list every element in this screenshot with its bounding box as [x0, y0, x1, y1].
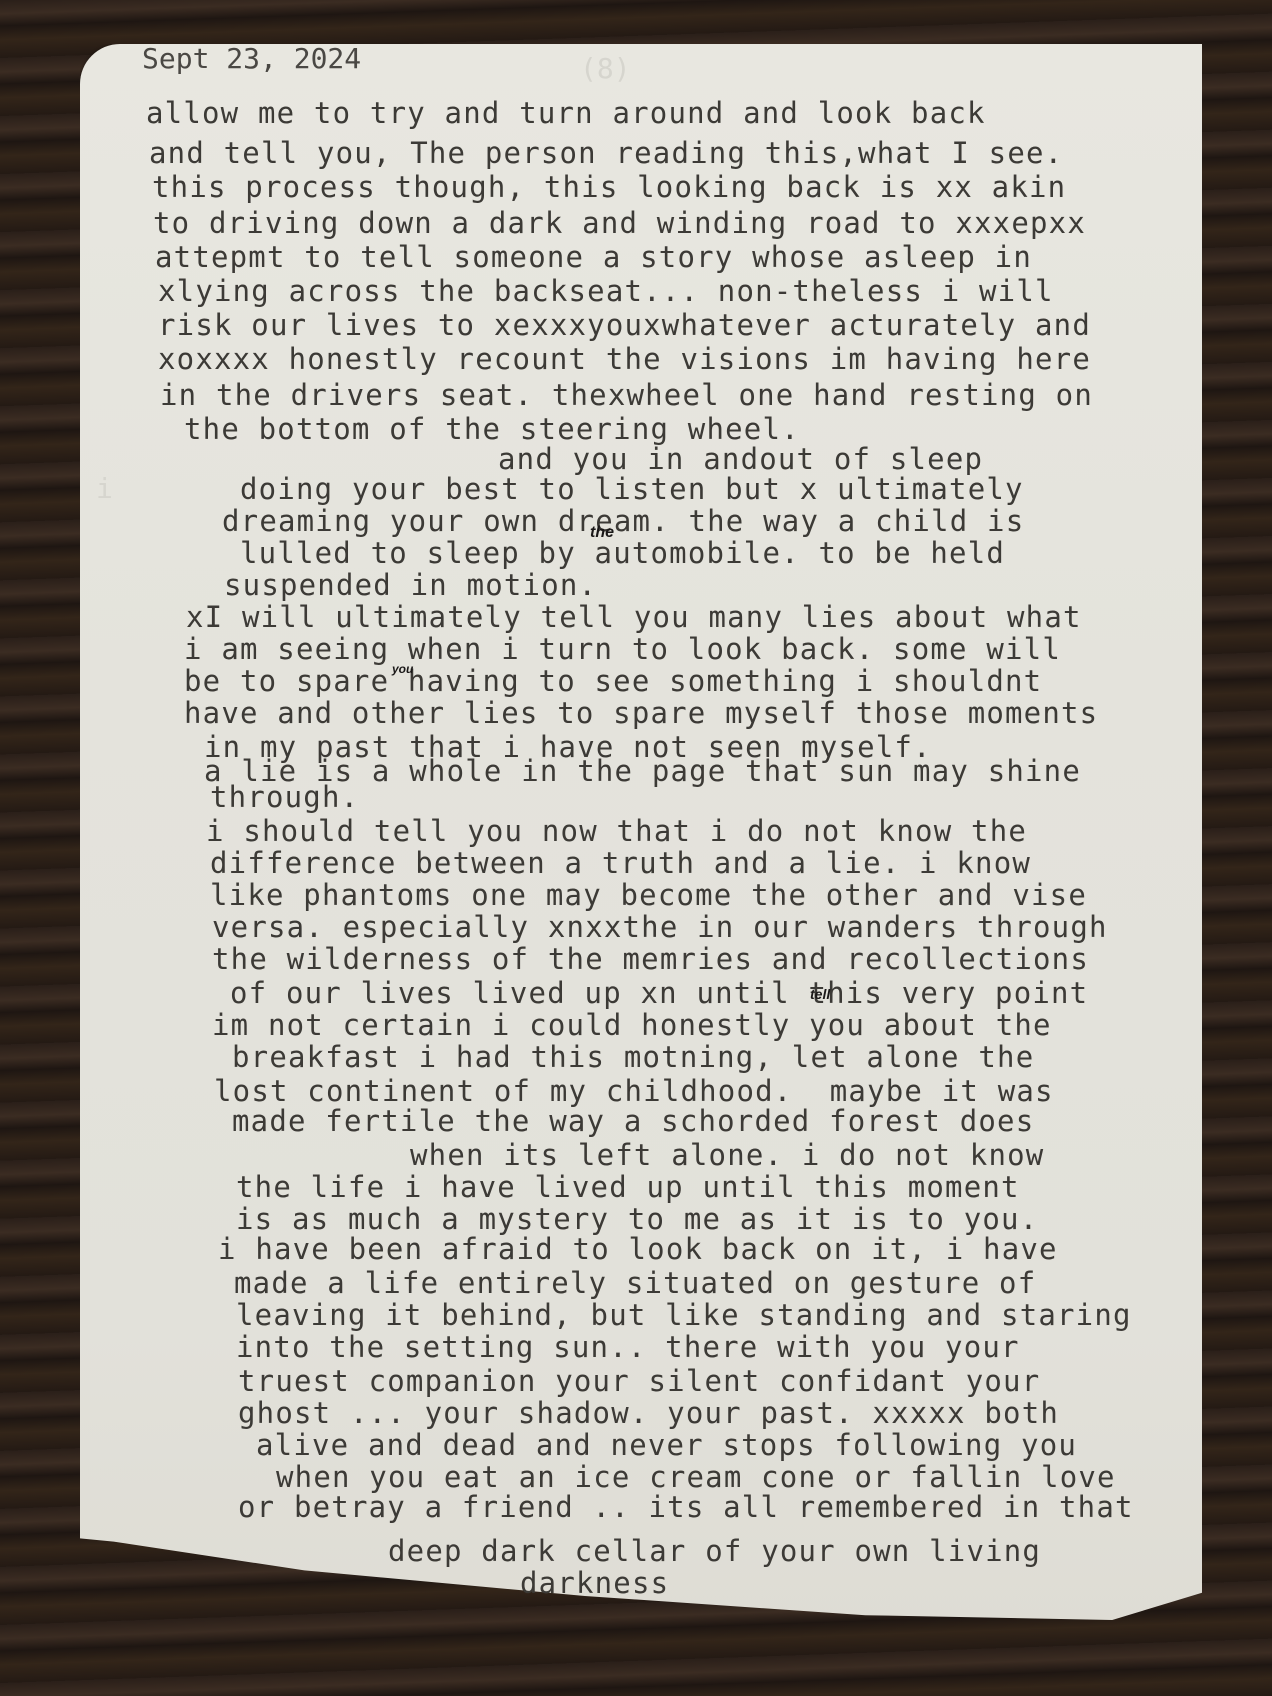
text-line: alive and dead and never stops following…	[256, 1428, 1077, 1462]
text-line: in the drivers seat. thexwheel one hand …	[160, 378, 1093, 412]
text-line: breakfast i had this motning, let alone …	[232, 1040, 1034, 1074]
handwritten-insertion-the: the	[590, 524, 614, 542]
text-line: or betray a friend .. its all remembered…	[238, 1490, 1134, 1524]
text-line: allow me to try and turn around and look…	[146, 96, 986, 130]
text-line: the bottom of the steering wheel.	[184, 412, 800, 446]
text-line: risk our lives to xexxxyouxwhatever actu…	[158, 308, 1091, 342]
text-line: i should tell you now that i do not know…	[206, 814, 1027, 848]
text-line: xI will ultimately tell you many lies ab…	[186, 600, 1082, 634]
text-line: of our lives lived up xn until this very…	[230, 976, 1088, 1010]
text-line: dreaming your own dream. the way a child…	[222, 504, 1024, 538]
bleed-through-page-number: (8)	[580, 52, 631, 85]
text-line: doing your best to listen but x ultimate…	[240, 472, 1024, 506]
date-heading: Sept 23, 2024	[142, 42, 361, 75]
text-line: im not certain i could honestly you abou…	[212, 1008, 1052, 1042]
text-line: lost continent of my childhood. maybe it…	[214, 1074, 1054, 1108]
text-line: when its left alone. i do not know	[410, 1138, 1044, 1172]
text-line: truest companion your silent confidant y…	[238, 1364, 1040, 1398]
text-line: xlying across the backseat... non-theles…	[158, 274, 1054, 308]
text-line: suspended in motion.	[224, 568, 597, 602]
text-line: be to spare having to see something i sh…	[184, 664, 1042, 698]
text-line: and you in andout of sleep	[498, 442, 983, 476]
text-line: difference between a truth and a lie. i …	[210, 846, 1031, 880]
text-line: like phantoms one may become the other a…	[210, 878, 1087, 912]
handwritten-insertion-you: you	[392, 662, 413, 676]
text-line: and tell you, The person reading this,wh…	[149, 136, 1063, 170]
text-line: xoxxxx honestly recount the visions im h…	[158, 342, 1091, 376]
text-line: to driving down a dark and winding road …	[153, 206, 1086, 240]
text-line: made a life entirely situated on gesture…	[234, 1266, 1036, 1300]
bleed-through-mark: i	[96, 472, 113, 505]
text-line: darkness	[520, 1566, 669, 1600]
text-line: leaving it behind, but like standing and…	[236, 1298, 1132, 1332]
text-line: ghost ... your shadow. your past. xxxxx …	[238, 1396, 1059, 1430]
text-line: deep dark cellar of your own living	[388, 1534, 1041, 1568]
text-line: i have been afraid to look back on it, i…	[218, 1232, 1058, 1266]
text-line: have and other lies to spare myself thos…	[184, 696, 1098, 730]
text-line: this process though, this looking back i…	[152, 170, 1066, 204]
text-line: versa. especially xnxxthe in our wanders…	[212, 910, 1108, 944]
text-line: is as much a mystery to me as it is to y…	[236, 1202, 1038, 1236]
text-line: lulled to sleep by automobile. to be hel…	[240, 536, 1005, 570]
text-line: the life i have lived up until this mome…	[236, 1170, 1020, 1204]
text-line: when you eat an ice cream cone or fallin…	[276, 1460, 1116, 1494]
text-line: into the setting sun.. there with you yo…	[236, 1330, 1020, 1364]
text-line: made fertile the way a schorded forest d…	[232, 1104, 1034, 1138]
text-line: through.	[210, 780, 359, 814]
text-line: the wilderness of the memries and recoll…	[212, 942, 1089, 976]
text-line: attepmt to tell someone a story whose as…	[155, 240, 1032, 274]
text-line: i am seeing when i turn to look back. so…	[184, 632, 1061, 666]
handwritten-insertion-tell: tell	[810, 986, 830, 1002]
